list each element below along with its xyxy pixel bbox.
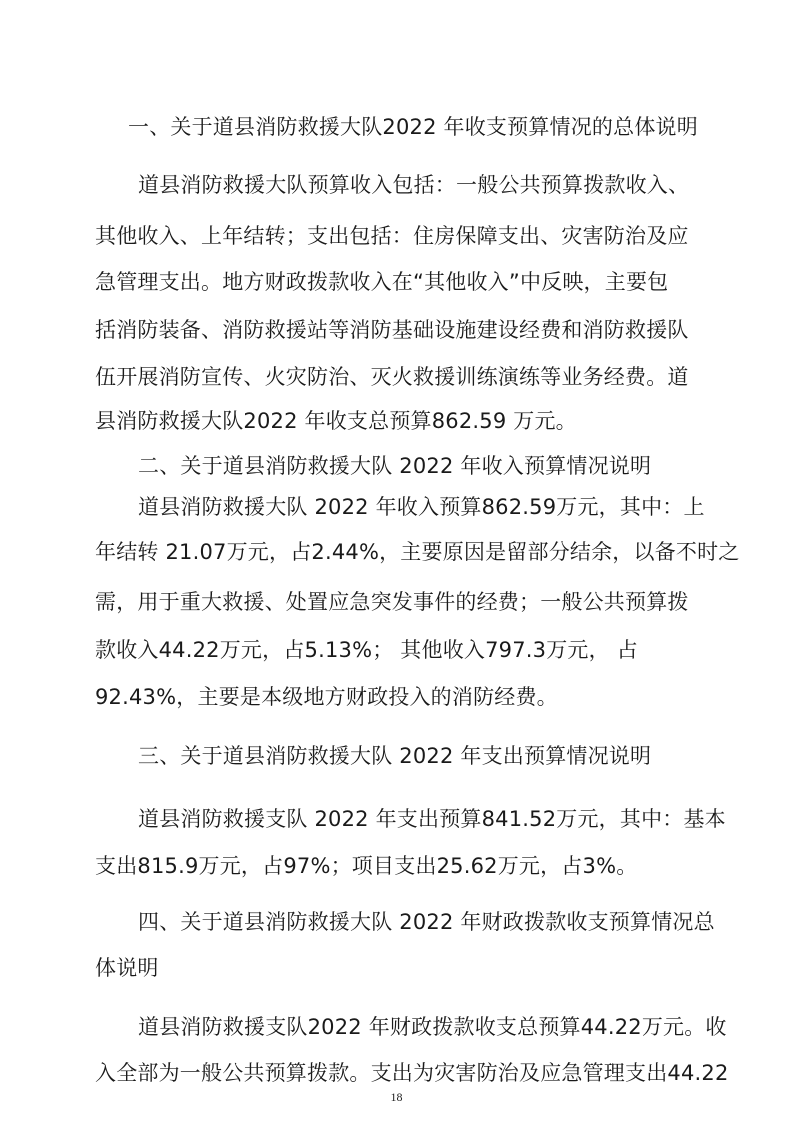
paragraph-line: 县消防救援大队2022 年收支总预算862.59 万元。 <box>95 408 577 434</box>
section-4-heading: 四、关于道县消防救援大队 2022 年财政拨款收支预算情况总 <box>138 909 715 935</box>
paragraph-line: 急管理支出。地方财政拨款收入在“其他收入”中反映，主要包 <box>95 269 668 295</box>
paragraph-line: 款收入44.22万元，占5.13%； 其他收入797.3万元， 占 <box>95 637 638 663</box>
paragraph-line: 括消防装备、消防救援站等消防基础设施建设经费和消防救援队 <box>95 317 689 343</box>
page-number: 18 <box>0 1090 793 1105</box>
section-2-heading: 二、关于道县消防救援大队 2022 年收入预算情况说明 <box>138 453 651 479</box>
paragraph-line: 92.43%，主要是本级地方财政投入的消防经费。 <box>95 684 558 710</box>
paragraph-line: 需，用于重大救援、处置应急突发事件的经费；一般公共预算拨 <box>95 589 689 615</box>
section-3-heading: 三、关于道县消防救援大队 2022 年支出预算情况说明 <box>138 743 651 769</box>
section-4-heading-continued: 体说明 <box>95 955 159 981</box>
paragraph-line: 道县消防救援支队 2022 年支出预算841.52万元，其中：基本 <box>138 806 726 832</box>
paragraph-line: 道县消防救援大队预算收入包括：一般公共预算拨款收入、 <box>138 172 689 198</box>
paragraph-line: 入全部为一般公共预算拨款。支出为灾害防治及应急管理支出44.22 <box>95 1060 729 1086</box>
document-page: 一、关于道县消防救援大队2022 年收支预算情况的总体说明 道县消防救援大队预算… <box>0 0 793 1122</box>
paragraph-line: 道县消防救援支队2022 年财政拨款收支总预算44.22万元。收 <box>138 1014 727 1040</box>
paragraph-line: 支出815.9万元，占97%；项目支出25.62万元，占3%。 <box>95 853 637 879</box>
section-1-heading: 一、关于道县消防救援大队2022 年收支预算情况的总体说明 <box>128 114 698 140</box>
paragraph-line: 年结转 21.07万元，占2.44%，主要原因是留部分结余，以备不时之 <box>95 539 740 565</box>
paragraph-line: 其他收入、上年结转；支出包括：住房保障支出、灾害防治及应 <box>95 223 689 249</box>
paragraph-line: 道县消防救援大队 2022 年收入预算862.59万元，其中：上 <box>138 494 705 520</box>
paragraph-line: 伍开展消防宣传、火灾防治、灭火救援训练演练等业务经费。道 <box>95 364 689 390</box>
